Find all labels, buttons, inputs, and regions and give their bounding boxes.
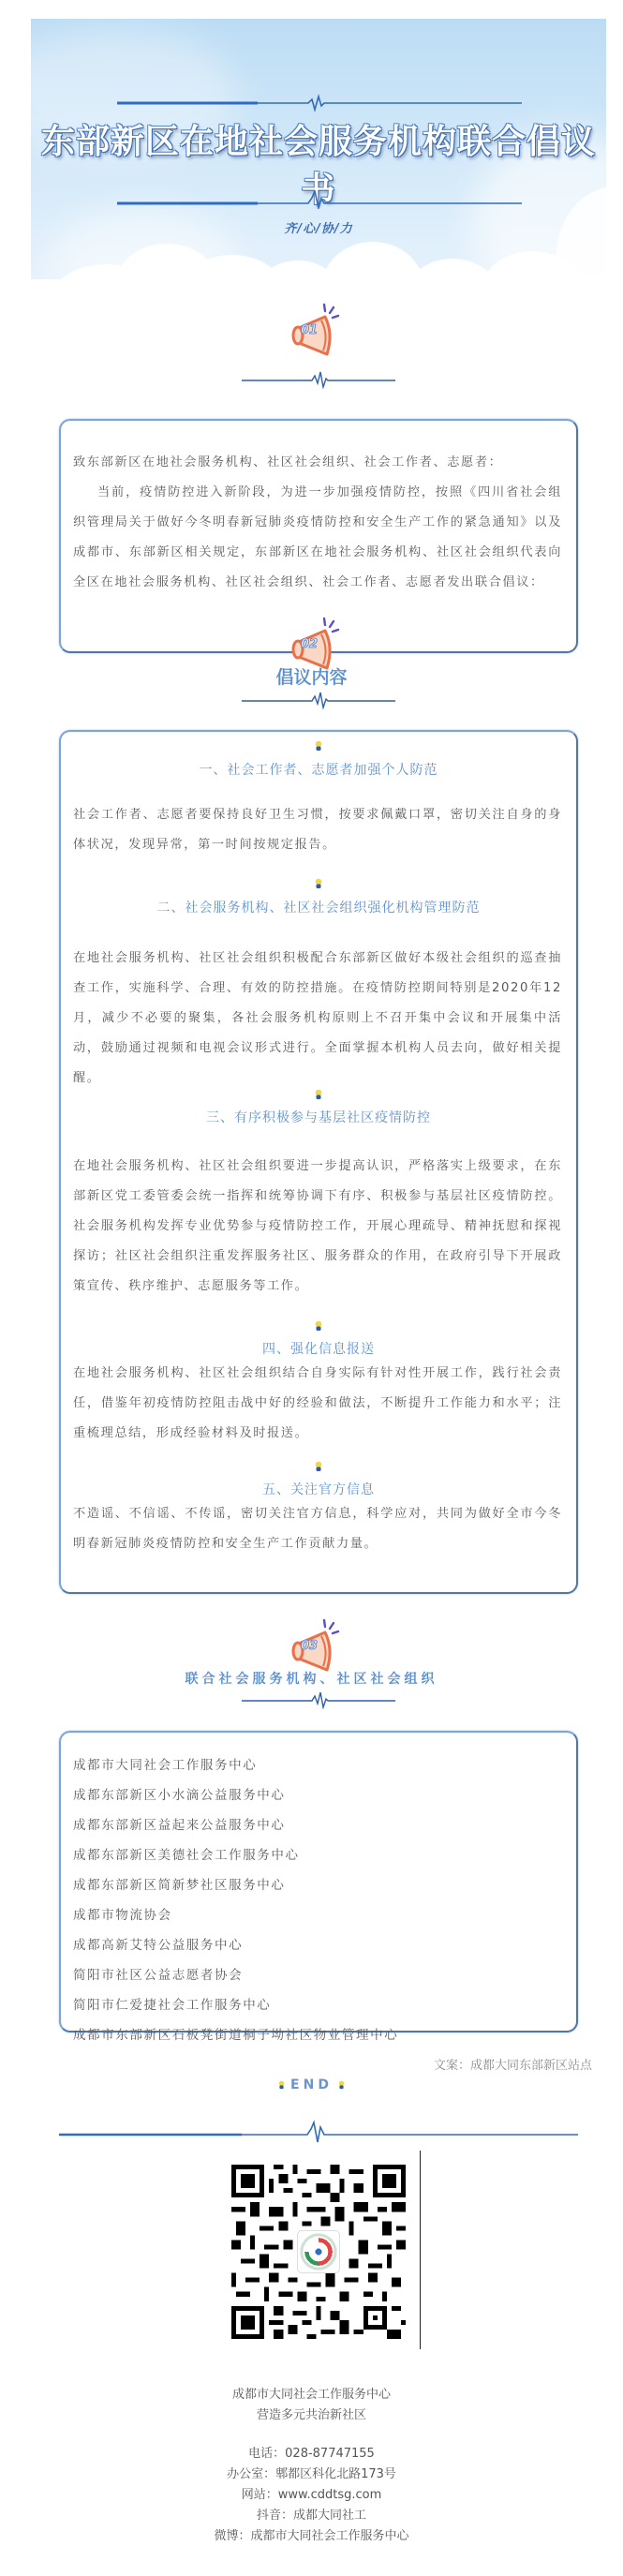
proposal-text: 在地社会服务机构、社区社会组织结合自身实际有针对性开展工作，践行社会责任，借鉴年… <box>73 1359 562 1449</box>
section-title-organizations: 联合社会服务机构、社区社会组织 <box>0 1669 623 1688</box>
cloud <box>321 242 424 279</box>
section-title-proposals: 倡议内容 <box>0 663 623 689</box>
section-number: 02 <box>301 637 318 651</box>
intro-salutation: 致东部新区在地社会服务机构、社区社会组织、社会工作者、志愿者： <box>73 448 562 478</box>
bulb-icon <box>278 2080 285 2090</box>
end-marker: END <box>0 2077 623 2092</box>
proposal-heading: 二、社会服务机构、社区社会组织强化机构管理防范 <box>59 898 578 916</box>
organization-item: 成都东部新区简新梦社区服务中心 <box>73 1870 541 1900</box>
organization-item: 成都高新艾特公益服务中心 <box>73 1930 541 1960</box>
footer-org-name: 成都市大同社会工作服务中心 <box>0 2384 623 2402</box>
bulb-icon <box>338 2080 345 2090</box>
proposal-heading: 五、关注官方信息 <box>59 1480 578 1498</box>
proposal-heading: 一、社会工作者、志愿者加强个人防范 <box>59 760 578 779</box>
divider-line <box>420 2151 421 2349</box>
bulb-icon <box>315 740 322 752</box>
footer-phone: 电话：028-87747155 <box>0 2443 623 2461</box>
bulb-icon <box>315 878 322 889</box>
organization-item: 简阳市社区公益志愿者协会 <box>73 1960 541 1990</box>
footer-slogan: 营造多元共治新社区 <box>0 2405 623 2422</box>
section-number: 03 <box>301 1639 318 1653</box>
copywriter-credit: 文案：成都大同东部新区站点 <box>434 2055 592 2073</box>
heartbeat-line-icon <box>242 691 395 709</box>
banner-subtitle: 齐/心/协/力 <box>31 218 606 236</box>
organization-item: 成都东部新区益起来公益服务中心 <box>73 1810 541 1840</box>
heartbeat-line-icon <box>242 1690 395 1709</box>
proposal-heading: 三、有序积极参与基层社区疫情防控 <box>59 1108 578 1126</box>
organization-item: 成都东部新区美德社会工作服务中心 <box>73 1840 541 1870</box>
heartbeat-line-icon <box>242 370 395 389</box>
proposal-text: 社会工作者、志愿者要保持良好卫生习惯，按要求佩戴口罩，密切关注自身的身体状况，发… <box>73 800 562 860</box>
organization-item: 成都东部新区小水滴公益服务中心 <box>73 1780 541 1810</box>
bulb-icon <box>315 1461 322 1472</box>
proposal-heading: 四、强化信息报送 <box>59 1339 578 1358</box>
end-label: END <box>290 2077 333 2092</box>
section-number: 01 <box>301 323 318 337</box>
heartbeat-line-icon <box>59 2120 578 2148</box>
header-banner: 东部新区在地社会服务机构联合倡议书 齐/心/协/力 <box>31 19 606 279</box>
proposal-text: 不造谣、不信谣、不传谣，密切关注官方信息，科学应对，共同为做好全市今冬明春新冠肺… <box>73 1499 562 1559</box>
footer-douyin: 抖音：成都大同社工 <box>0 2505 623 2523</box>
heartbeat-line-icon <box>117 190 522 209</box>
organization-item: 成都市大同社会工作服务中心 <box>73 1750 541 1780</box>
footer-office: 办公室：郫都区科化北路173号 <box>0 2464 623 2481</box>
bulb-icon <box>315 1089 322 1100</box>
proposal-text: 在地社会服务机构、社区社会组织要进一步提高认识，严格落实上级要求，在东部新区党工… <box>73 1152 562 1302</box>
intro-body: 当前，疫情防控进入新阶段，为进一步加强疫情防控，按照《四川省社会组织管理局关于做… <box>73 478 562 598</box>
organization-item: 成都市东部新区石板凳街道桐子坳社区物业管理中心 <box>73 2020 541 2050</box>
organization-list: 成都市大同社会工作服务中心 成都东部新区小水滴公益服务中心 成都东部新区益起来公… <box>73 1750 541 2050</box>
organization-item: 简阳市仁爱捷社会工作服务中心 <box>73 1990 541 2020</box>
qr-code[interactable] <box>231 2165 406 2339</box>
organization-item: 成都市物流协会 <box>73 1900 541 1930</box>
proposal-text: 在地社会服务机构、社区社会组织积极配合东部新区做好本级社会组织的巡查抽查工作，实… <box>73 944 562 1094</box>
heartbeat-line-icon <box>117 94 522 112</box>
bulb-icon <box>315 1320 322 1332</box>
footer-weibo: 微博：成都市大同社会工作服务中心 <box>0 2525 623 2543</box>
footer-website-link[interactable]: 网站：www.cddtsg.com <box>0 2484 623 2502</box>
